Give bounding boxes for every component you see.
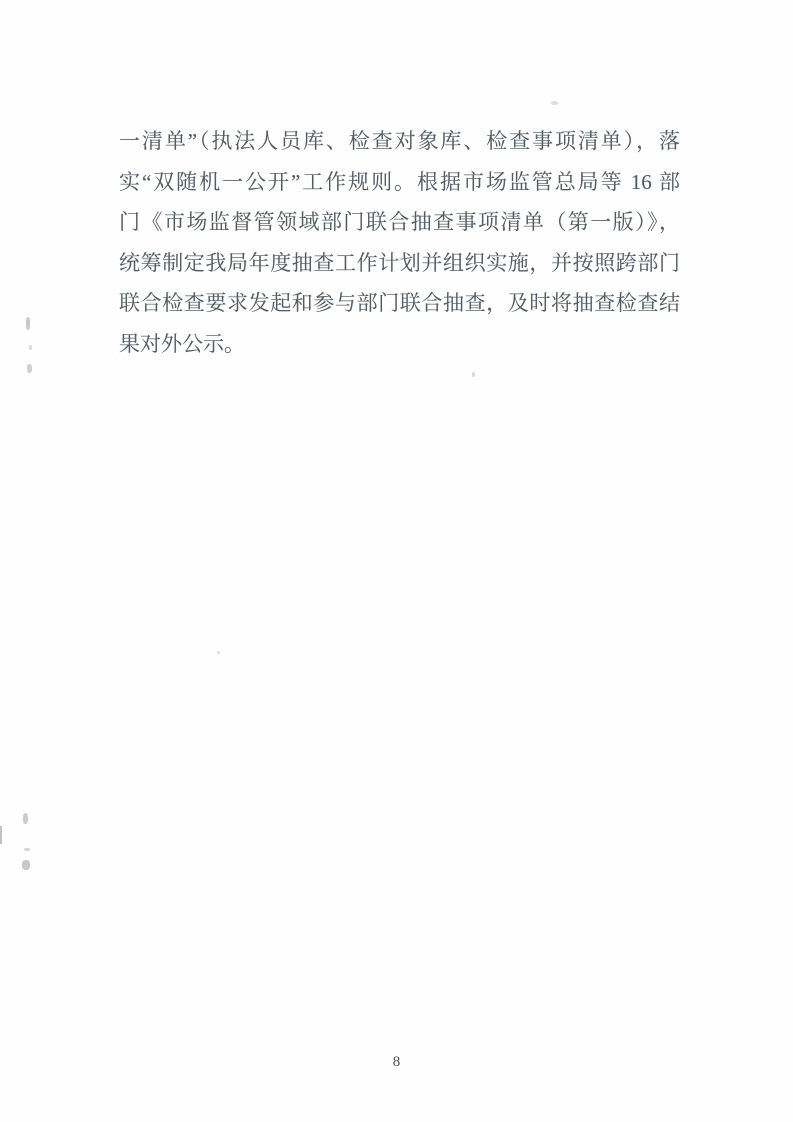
scan-artifact bbox=[0, 826, 2, 844]
scan-artifact bbox=[23, 813, 28, 824]
page-number: 8 bbox=[0, 1054, 793, 1071]
body-paragraph: 一清单”（执法人员库、检查对象库、检查事项清单），落 实“双随机一公开”工作规则… bbox=[119, 121, 680, 365]
document-page: 一清单”（执法人员库、检查对象库、检查事项清单），落 实“双随机一公开”工作规则… bbox=[0, 0, 793, 1122]
paragraph-line: 门《市场监督管领域部门联合抽查事项清单（第一版）》， bbox=[119, 202, 680, 243]
paragraph-line: 统筹制定我局年度抽查工作计划并组织实施，并按照跨部门 bbox=[119, 243, 680, 284]
paragraph-line: 联合检查要求发起和参与部门联合抽查，及时将抽查检查结 bbox=[119, 283, 680, 324]
scan-artifact bbox=[551, 101, 558, 105]
paragraph-line: 实“双随机一公开”工作规则。根据市场监管总局等 16 部 bbox=[119, 162, 680, 203]
scan-artifact bbox=[29, 345, 32, 350]
scan-artifact bbox=[27, 364, 32, 373]
paragraph-line: 果对外公示。 bbox=[119, 324, 680, 365]
scan-artifact bbox=[472, 372, 475, 377]
scan-artifact bbox=[217, 651, 220, 654]
paragraph-line: 一清单”（执法人员库、检查对象库、检查事项清单），落 bbox=[119, 121, 680, 162]
scan-artifact bbox=[26, 317, 30, 330]
scan-artifact bbox=[22, 860, 30, 870]
scan-artifact bbox=[24, 848, 30, 851]
